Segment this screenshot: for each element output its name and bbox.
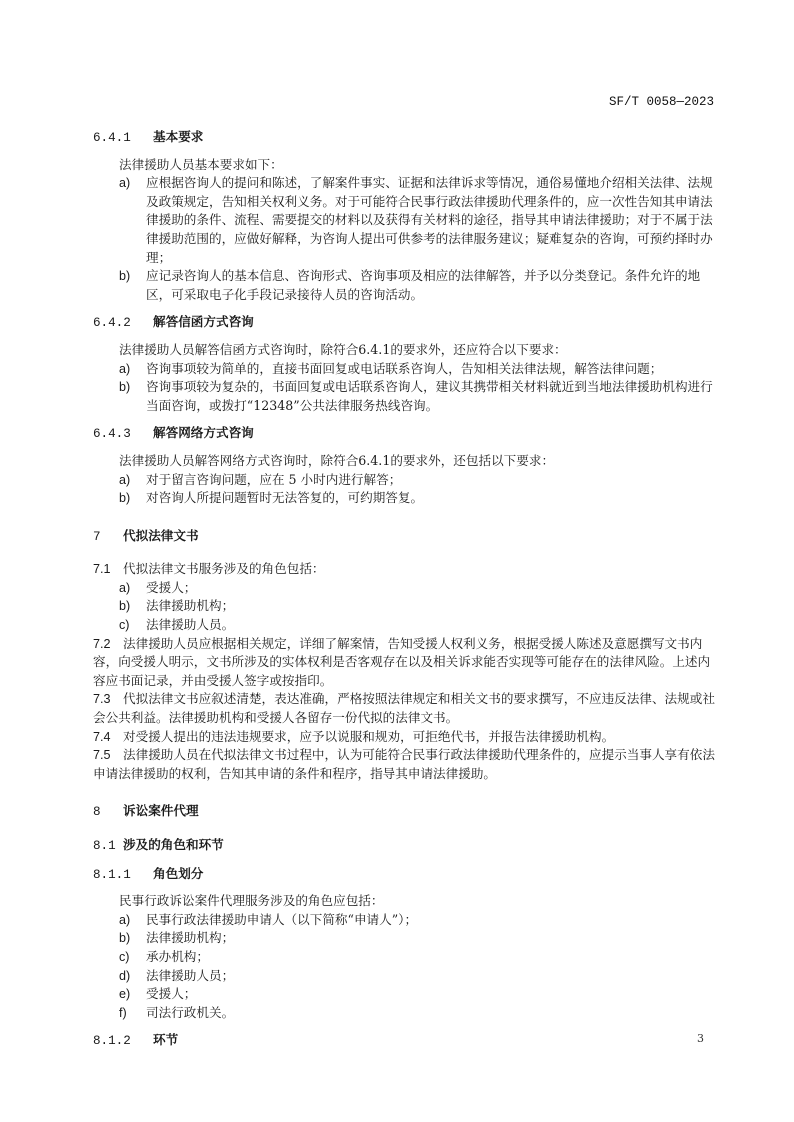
heading-title: 诉讼案件代理 [123,803,199,818]
list-item: e)受援人； [119,985,718,1004]
list-text: 法律援助机构； [146,598,234,613]
page-number: 3 [697,1032,704,1045]
clause-7-2: 7.2法律援助人员应根据相关规定，详细了解案情，告知受援人权利义务，根据受援人陈… [93,635,718,691]
clause-number: 7.5 [93,746,123,765]
paragraph: 民事行政诉讼案件代理服务涉及的角色应包括： [119,892,718,911]
list-item: c)法律援助人员。 [119,616,718,635]
list-marker: a) [119,579,130,598]
list-text: 民事行政法律援助申请人（以下简称“申请人”）； [146,912,417,927]
list-marker: e) [119,985,130,1004]
list-item: b)对咨询人所提问题暂时无法答复的，可约期答复。 [119,489,718,508]
list: a)受援人； b)法律援助机构； c)法律援助人员。 [119,579,718,635]
heading-6-4-3: 6.4.3解答网络方式咨询 [93,424,718,444]
heading-number: 7 [93,528,123,547]
list-text: 法律援助机构； [146,930,234,945]
list-item: b)法律援助机构； [119,597,718,616]
list-text: 承办机构； [146,949,209,964]
list-marker: d) [119,967,130,986]
list-text: 司法行政机关。 [146,1005,234,1020]
list-text: 受援人； [146,580,196,595]
list-text: 咨询事项较为复杂的，书面回复或电话联系咨询人，建议其携带相关材料就近到当地法律援… [146,379,713,413]
list: a)民事行政法律援助申请人（以下简称“申请人”）； b)法律援助机构； c)承办… [119,911,718,1023]
list-item: a)受援人； [119,579,718,598]
list-item: b)法律援助机构； [119,929,718,948]
paragraph: 法律援助人员解答网络方式咨询时，除符合6.4.1的要求外，还包括以下要求： [119,452,718,471]
heading-6-4-1: 6.4.1基本要求 [93,128,718,148]
list-text: 对于留言咨询问题，应在 5 小时内进行解答； [146,472,401,487]
list-item: d)法律援助人员； [119,967,718,986]
list-marker: b) [119,597,130,616]
heading-8: 8诉讼案件代理 [93,802,718,822]
list-marker: a) [119,174,130,193]
heading-number: 8.1 [93,837,123,856]
paragraph: 法律援助人员解答信函方式咨询时，除符合6.4.1的要求外，还应符合以下要求： [119,341,718,360]
list-marker: c) [119,616,130,635]
list-text: 对咨询人所提问题暂时无法答复的，可约期答复。 [146,490,423,505]
heading-title: 环节 [153,1032,178,1047]
paragraph: 法律援助人员基本要求如下： [119,156,718,175]
heading-8-1: 8.1涉及的角色和环节 [93,836,718,856]
clause-text: 法律援助人员在代拟法律文书过程中，认为可能符合民事行政法律援助代理条件的，应提示… [93,747,715,781]
heading-number: 8.1.2 [93,1032,153,1051]
clause-number: 7.1 [93,560,123,579]
heading-7: 7代拟法律文书 [93,527,718,547]
list: a)应根据咨询人的提问和陈述，了解案件事实、证据和法律诉求等情况，通俗易懂地介绍… [119,174,718,304]
list-marker: a) [119,471,130,490]
heading-number: 6.4.2 [93,314,153,333]
heading-number: 8 [93,803,123,822]
heading-8-1-2: 8.1.2环节 [93,1031,718,1051]
document-code: SF/T 0058—2023 [609,95,714,109]
list-item: a)应根据咨询人的提问和陈述，了解案件事实、证据和法律诉求等情况，通俗易懂地介绍… [119,174,718,267]
heading-title: 解答网络方式咨询 [153,425,254,440]
heading-number: 8.1.1 [93,866,153,885]
list-text: 受援人； [146,986,196,1001]
list-text: 法律援助人员； [146,968,234,983]
list-marker: c) [119,948,130,967]
clause-text: 对受援人提出的违法违规要求，应予以说服和规劝，可拒绝代书，并报告法律援助机构。 [123,729,614,744]
heading-number: 6.4.1 [93,129,153,148]
heading-title: 代拟法律文书 [123,528,199,543]
clause-text: 代拟法律文书应叙述清楚，表达准确，严格按照法律规定和相关文书的要求撰写，不应违反… [93,691,715,725]
list-marker: b) [119,929,130,948]
heading-title: 解答信函方式咨询 [153,314,254,329]
list-marker: f) [119,1004,127,1023]
clause-number: 7.3 [93,690,123,709]
list-text: 法律援助人员。 [146,617,234,632]
list-marker: b) [119,267,130,286]
list-item: a)民事行政法律援助申请人（以下简称“申请人”）； [119,911,718,930]
clause-text: 代拟法律文书服务涉及的角色包括： [123,561,325,576]
list-item: b)应记录咨询人的基本信息、咨询形式、咨询事项及相应的法律解答，并予以分类登记。… [119,267,718,304]
list-item: b)咨询事项较为复杂的，书面回复或电话联系咨询人，建议其携带相关材料就近到当地法… [119,378,718,415]
clause-text: 法律援助人员应根据相关规定，详细了解案情，告知受援人权利义务，根据受援人陈述及意… [93,636,710,688]
clause-7-4: 7.4对受援人提出的违法违规要求，应予以说服和规劝，可拒绝代书，并报告法律援助机… [93,728,718,747]
list-marker: b) [119,489,130,508]
list-marker: a) [119,911,130,930]
heading-title: 涉及的角色和环节 [123,837,224,852]
list-text: 应记录咨询人的基本信息、咨询形式、咨询事项及相应的法律解答，并予以分类登记。条件… [146,268,700,302]
list-marker: b) [119,378,130,397]
list: a)咨询事项较为简单的，直接书面回复或电话联系咨询人，告知相关法律法规，解答法律… [119,360,718,416]
list-item: f)司法行政机关。 [119,1004,718,1023]
list-text: 应根据咨询人的提问和陈述，了解案件事实、证据和法律诉求等情况，通俗易懂地介绍相关… [146,175,713,264]
list-marker: a) [119,360,130,379]
heading-6-4-2: 6.4.2解答信函方式咨询 [93,313,718,333]
clause-number: 7.4 [93,728,123,747]
heading-8-1-1: 8.1.1角色划分 [93,865,718,885]
heading-title: 角色划分 [153,866,203,881]
document-body: 6.4.1基本要求 法律援助人员基本要求如下： a)应根据咨询人的提问和陈述，了… [93,128,718,1051]
clause-7-1: 7.1代拟法律文书服务涉及的角色包括： [93,560,718,579]
heading-title: 基本要求 [153,129,203,144]
list-item: c)承办机构； [119,948,718,967]
list-text: 咨询事项较为简单的，直接书面回复或电话联系咨询人，告知相关法律法规，解答法律问题… [146,361,662,376]
clause-7-3: 7.3代拟法律文书应叙述清楚，表达准确，严格按照法律规定和相关文书的要求撰写，不… [93,690,718,727]
heading-number: 6.4.3 [93,425,153,444]
list: a)对于留言咨询问题，应在 5 小时内进行解答； b)对咨询人所提问题暂时无法答… [119,471,718,508]
clause-7-5: 7.5法律援助人员在代拟法律文书过程中，认为可能符合民事行政法律援助代理条件的，… [93,746,718,783]
list-item: a)对于留言咨询问题，应在 5 小时内进行解答； [119,471,718,490]
clause-number: 7.2 [93,635,123,654]
list-item: a)咨询事项较为简单的，直接书面回复或电话联系咨询人，告知相关法律法规，解答法律… [119,360,718,379]
